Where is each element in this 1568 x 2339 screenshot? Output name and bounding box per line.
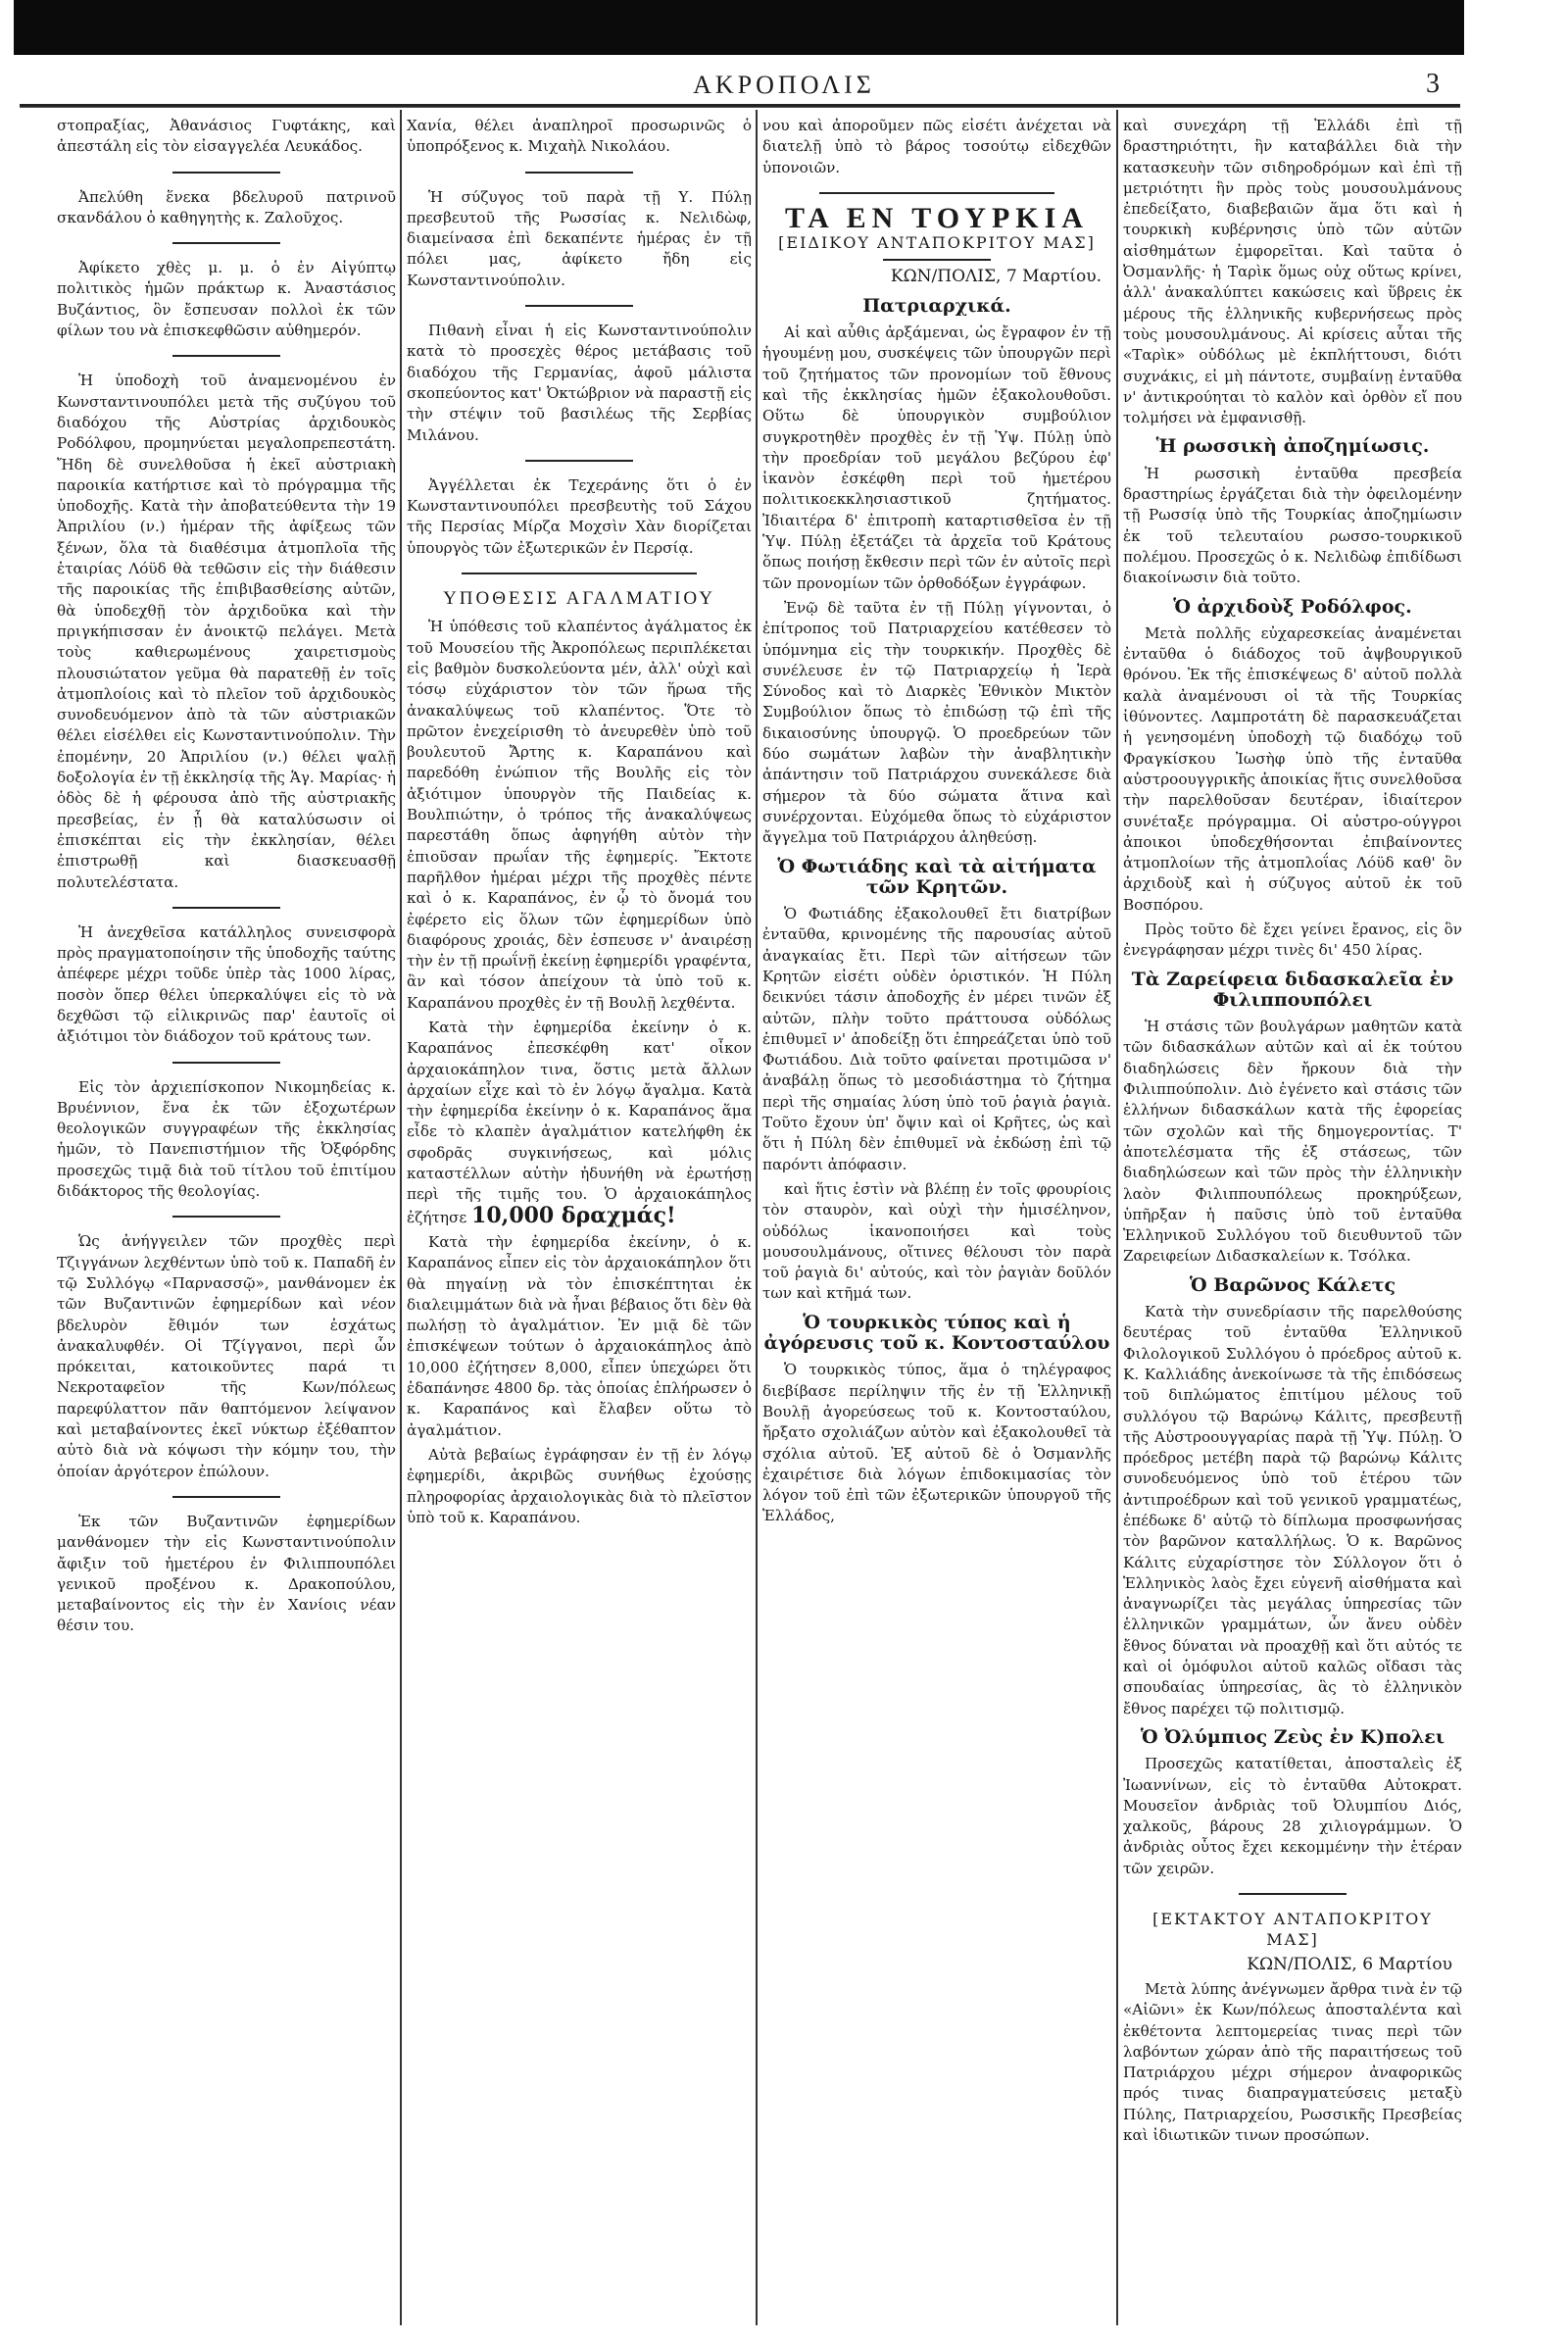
separator xyxy=(172,242,280,244)
article-paragraph: νου καὶ ἀποροῦμεν πῶς εἰσέτι ἀνέχεται νὰ… xyxy=(762,116,1111,178)
article-paragraph: Ἡ ρωσσικὴ ἐνταῦθα πρεσβεία δραστηρίως ἐρ… xyxy=(1123,464,1462,589)
article-paragraph: Αὐτὰ βεβαίως ἐγράφησαν ἐν τῇ ἐν λόγῳ ἐφη… xyxy=(407,1445,752,1528)
column-4: καὶ συνεχάρη τῇ Ἑλλάδι ἐπὶ τῇ δραστηριότ… xyxy=(1123,116,1462,2150)
article-paragraph: Ἡ ὑποδοχὴ τοῦ ἀναμενομένου ἐν Κωνσταντιν… xyxy=(57,371,396,892)
article-heading: ΥΠΟΘΕΣΙΣ ΑΓΑΛΜΑΤΙΟΥ xyxy=(407,588,752,609)
separator xyxy=(172,355,280,357)
subsection-heading: Ὁ Φωτιάδης καὶ τὰ αἰτήματα τῶν Κρητῶν. xyxy=(762,857,1111,899)
separator xyxy=(819,192,1054,194)
article-paragraph: Ἀπελύθη ἕνεκα βδελυροῦ πατρινοῦ σκανδάλο… xyxy=(57,187,396,229)
article-text: Κατὰ τὴν ἐφημερίδα ἐκείνην ὁ κ. Καραπάνο… xyxy=(407,1019,752,1226)
article-paragraph: καὶ συνεχάρη τῇ Ἑλλάδι ἐπὶ τῇ δραστηριότ… xyxy=(1123,116,1462,428)
article-paragraph: Προσεχῶς κατατίθεται, ἀποσταλεὶς ἐξ Ἰωαν… xyxy=(1123,1754,1462,1879)
separator xyxy=(525,172,633,174)
correspondent-label: [ΕΚΤΑΚΤΟΥ ΑΝΤΑΠΟΚΡΙΤΟΥ ΜΑΣ] xyxy=(1123,1909,1462,1951)
page-number: 3 xyxy=(1426,69,1440,100)
column-divider xyxy=(1116,110,1118,2325)
article-paragraph: καὶ ἥτις ἐστὶν νὰ βλέπῃ ἐν τοῖς φρουρίοι… xyxy=(762,1179,1111,1305)
article-paragraph: Ὁ τουρκικὸς τύπος, ἅμα ὁ τηλέγραφος διεβ… xyxy=(762,1360,1111,1526)
scan-dark-border xyxy=(14,0,1464,55)
article-paragraph: Ὁ Φωτιάδης ἐξακολουθεῖ ἔτι διατρίβων ἐντ… xyxy=(762,904,1111,1175)
column-1: στοπραξίας, Ἀθανάσιος Γυφτάκης, καὶ ἀπεσ… xyxy=(57,116,396,1641)
article-paragraph: Ἐνῷ δὲ ταῦτα ἐν τῇ Πύλῃ γίγνονται, ὁ ἐπί… xyxy=(762,598,1111,849)
subsection-heading: Ὁ Βαρῶνος Κάλετς xyxy=(1123,1275,1462,1296)
price-highlight: 10,000 δραχμάς! xyxy=(471,1203,676,1228)
article-paragraph: Ἡ ὑπόθεσις τοῦ κλαπέντος ἀγάλματος ἐκ το… xyxy=(407,617,752,1014)
article-paragraph: Κατὰ τὴν ἐφημερίδα ἐκείνην ὁ κ. Καραπάνο… xyxy=(407,1018,752,1228)
separator xyxy=(172,907,280,909)
dateline: ΚΩΝ/ΠΟΛΙΣ, 6 Μαρτίου xyxy=(1123,1955,1452,1975)
article-paragraph: Χανία, θέλει ἀναπληροῖ προσωρινῶς ὁ ὑποπ… xyxy=(407,116,752,158)
column-divider xyxy=(756,110,758,2325)
separator xyxy=(883,259,991,261)
separator xyxy=(172,1216,280,1218)
article-paragraph: Πρὸς τοῦτο δὲ ἔχει γείνει ἔρανος, εἰς ὃν… xyxy=(1123,920,1462,962)
separator xyxy=(1239,1893,1347,1895)
newspaper-title: ΑΚΡΟΠΟΛΙΣ xyxy=(0,71,1568,100)
article-paragraph: στοπραξίας, Ἀθανάσιος Γυφτάκης, καὶ ἀπεσ… xyxy=(57,116,396,158)
article-paragraph: Ἀφίκετο χθὲς μ. μ. ὁ ἐν Αἰγύπτῳ πολιτικὸ… xyxy=(57,258,396,341)
article-paragraph: Εἰς τὸν ἀρχιεπίσκοπον Νικομηδείας κ. Βρυ… xyxy=(57,1077,396,1203)
article-paragraph: Πιθανὴ εἶναι ἡ εἰς Κωνσταντινούπολιν κατ… xyxy=(407,321,752,446)
subsection-heading: Πατριαρχικά. xyxy=(762,296,1111,317)
subsection-heading: Τὰ Ζαρείφεια διδασκαλεῖα ἐν Φιλιππουπόλε… xyxy=(1123,970,1462,1012)
article-paragraph: Μετὰ λύπης ἀνέγνωμεν ἄρθρα τινὰ ἐν τῷ «Α… xyxy=(1123,1979,1462,2146)
separator xyxy=(525,305,633,307)
header-rule xyxy=(20,104,1460,108)
article-paragraph: Κατὰ τὴν συνεδρίασιν τῆς παρελθούσης δευ… xyxy=(1123,1302,1462,1719)
separator xyxy=(172,1496,280,1498)
subsection-heading: Ὁ Ὀλύμπιος Ζεὺς ἐν Κ)πολει xyxy=(1123,1727,1462,1748)
subsection-heading: Ὁ ἀρχιδοὺξ Ροδόλφος. xyxy=(1123,597,1462,618)
column-3: νου καὶ ἀποροῦμεν πῶς εἰσέτι ἀνέχεται νὰ… xyxy=(762,116,1111,1531)
article-paragraph: Ἐκ τῶν Βυζαντινῶν ἐφημερίδων μανθάνομεν … xyxy=(57,1512,396,1637)
column-divider xyxy=(400,110,402,2325)
column-2: Χανία, θέλει ἀναπληροῖ προσωρινῶς ὁ ὑποπ… xyxy=(407,116,752,1532)
article-paragraph: Μετὰ πολλῆς εὐχαρεσκείας ἀναμένεται ἐντα… xyxy=(1123,623,1462,916)
separator xyxy=(462,572,697,574)
article-paragraph: Ἀγγέλλεται ἐκ Τεχεράνης ὅτι ὁ ἐν Κωνσταν… xyxy=(407,475,752,559)
article-paragraph: Ὡς ἀνήγγειλεν τῶν προχθὲς περὶ Τζιγγάνων… xyxy=(57,1231,396,1482)
separator xyxy=(525,460,633,462)
correspondent-label: [ΕΙΔΙΚΟΥ ΑΝΤΑΠΟΚΡΙΤΟΥ ΜΑΣ] xyxy=(762,232,1111,253)
subsection-heading: Ὁ τουρκικὸς τύπος καὶ ἡ ἀγόρευσις τοῦ κ.… xyxy=(762,1313,1111,1355)
article-paragraph: Ἡ ἀνεχθεῖσα κατάλληλος συνεισφορὰ πρὸς π… xyxy=(57,922,396,1048)
article-paragraph: Αἱ καὶ αὖθις ἀρξάμεναι, ὡς ἔγραφον ἐν τῇ… xyxy=(762,323,1111,594)
dateline: ΚΩΝ/ΠΟΛΙΣ, 7 Μαρτίου. xyxy=(762,267,1102,287)
separator xyxy=(172,1062,280,1064)
section-heading: ΤΑ ΕΝ ΤΟΥΡΚΙΑ xyxy=(762,208,1111,228)
article-paragraph: Ἡ σύζυγος τοῦ παρὰ τῇ Υ. Πύλῃ πρεσβευτοῦ… xyxy=(407,187,752,291)
article-paragraph: Κατὰ τὴν ἐφημερίδα ἐκείνην, ὁ κ. Καραπάν… xyxy=(407,1232,752,1441)
article-paragraph: Ἡ στάσις τῶν βουλγάρων μαθητῶν κατὰ τῶν … xyxy=(1123,1017,1462,1268)
subsection-heading: Ἡ ρωσσικὴ ἀποζημίωσις. xyxy=(1123,436,1462,457)
separator xyxy=(172,172,280,174)
masthead: ΑΚΡΟΠΟΛΙΣ 3 xyxy=(0,67,1568,102)
